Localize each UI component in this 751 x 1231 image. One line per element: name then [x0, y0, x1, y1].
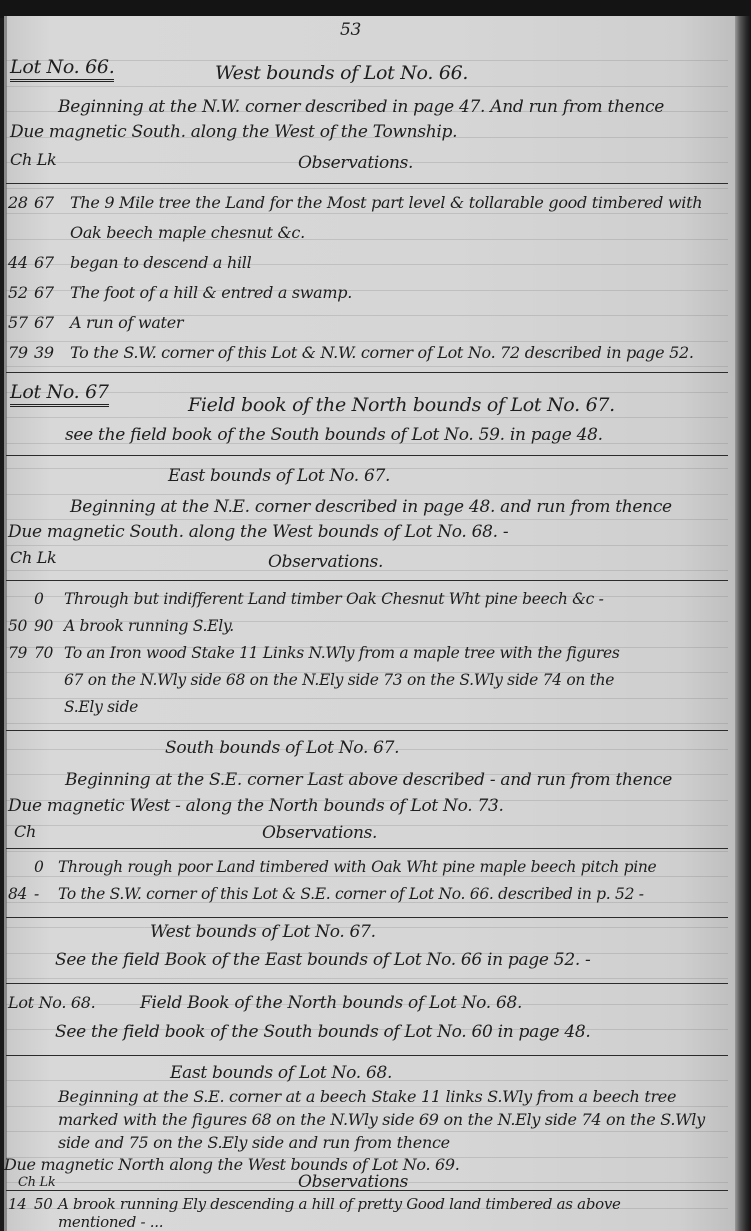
lot-67-east-observations-heading: Observations. — [268, 552, 383, 572]
lot-67-south-direction: Due magnetic West - along the North boun… — [8, 796, 504, 816]
link-value: 90 — [34, 617, 53, 635]
lot-66-beginning: Beginning at the N.W. corner described i… — [58, 97, 664, 117]
lot-67-label: Lot No. 67 — [10, 381, 109, 407]
lot-67-north-title: Field book of the North bounds of Lot No… — [188, 394, 615, 416]
observation-text: The 9 Mile tree the Land for the Most pa… — [70, 193, 702, 212]
chain-value: 50 — [8, 617, 27, 635]
observation-text: To the S.W. corner of this Lot & S.E. co… — [58, 885, 644, 903]
observation-text: S.Ely side — [64, 698, 138, 716]
divider — [6, 1055, 728, 1056]
lot-66-label: Lot No. 66. — [10, 56, 114, 82]
chain-value: 79 — [8, 644, 27, 662]
chain-value: 28 — [8, 193, 28, 212]
link-value: 67 — [34, 283, 54, 302]
link-value: - — [34, 885, 39, 903]
chain-value: 52 — [8, 283, 28, 302]
observation-text: Oak beech maple chesnut &c. — [70, 223, 305, 242]
lot-68-north-ref: See the field book of the South bounds o… — [55, 1022, 591, 1042]
lot-67-east-beginning: Beginning at the N.E. corner described i… — [70, 497, 672, 517]
lot-66-west-title: West bounds of Lot No. 66. — [215, 62, 468, 84]
lot-68-east-title: East bounds of Lot No. 68. — [170, 1063, 392, 1083]
divider — [6, 1190, 728, 1191]
divider — [6, 580, 728, 581]
observation-text: Through but indifferent Land timber Oak … — [64, 590, 604, 608]
observation-text: A brook running Ely descending a hill of… — [58, 1195, 621, 1213]
link-value: 0 — [34, 590, 44, 608]
lot-67-south-title: South bounds of Lot No. 67. — [165, 738, 399, 758]
observation-text: began to descend a hill — [70, 253, 251, 272]
link-value: 50 — [34, 1195, 53, 1213]
divider — [6, 848, 728, 849]
observation-text: Through rough poor Land timbered with Oa… — [58, 858, 656, 876]
lot-67-east-col-label: Ch Lk — [10, 548, 56, 567]
link-value: 67 — [34, 193, 54, 212]
observation-text: To the S.W. corner of this Lot & N.W. co… — [70, 343, 694, 362]
lot-67-south-beginning: Beginning at the S.E. corner Last above … — [65, 770, 672, 790]
lot-67-east-direction: Due magnetic South. along the West bound… — [8, 522, 508, 542]
link-value: 67 — [34, 253, 54, 272]
lot-66-direction: Due magnetic South. along the West of th… — [10, 122, 457, 142]
lot-67-west-title: West bounds of Lot No. 67. — [150, 922, 376, 942]
book-page-edge — [735, 16, 751, 1231]
lot-66-observations-heading: Observations. — [298, 153, 413, 173]
lot-68-east-line2: marked with the figures 68 on the N.Wly … — [58, 1110, 705, 1129]
lot-67-south-col-label: Ch — [14, 822, 36, 841]
divider — [6, 983, 728, 984]
observation-text: mentioned - ... — [58, 1213, 163, 1231]
lot-67-east-title: East bounds of Lot No. 67. — [168, 466, 390, 486]
link-value: 0 — [34, 858, 44, 876]
divider — [6, 372, 728, 373]
observation-text: A brook running S.Ely. — [64, 617, 234, 635]
chain-value: 44 — [8, 253, 28, 272]
lot-67-south-observations-heading: Observations. — [262, 823, 377, 843]
chain-value: 79 — [8, 343, 28, 362]
lot-68-east-col-label: Ch Lk — [18, 1175, 55, 1190]
divider — [6, 917, 728, 918]
lot-68-east-line3: side and 75 on the S.Ely side and run fr… — [58, 1133, 450, 1152]
lot-68-label: Lot No. 68. — [8, 993, 95, 1012]
page-number: 53 — [340, 20, 361, 40]
lot-67-north-ref: see the field book of the South bounds o… — [65, 425, 603, 445]
lot-68-north-title: Field Book of the North bounds of Lot No… — [140, 993, 522, 1013]
link-value: 70 — [34, 644, 53, 662]
link-value: 67 — [34, 313, 54, 332]
chain-value: 57 — [8, 313, 28, 332]
chain-value: 84 — [8, 885, 27, 903]
lot-67-west-ref: See the field Book of the East bounds of… — [55, 950, 590, 970]
lot-68-east-observations-heading: Observations — [298, 1172, 408, 1192]
lot-66-col-label: Ch Lk — [10, 150, 56, 169]
chain-value: 14 — [8, 1195, 27, 1213]
link-value: 39 — [34, 343, 54, 362]
divider — [6, 183, 728, 184]
observation-text: 67 on the N.Wly side 68 on the N.Ely sid… — [64, 671, 614, 689]
divider — [6, 730, 728, 731]
divider — [6, 455, 728, 456]
lot-68-east-line1: Beginning at the S.E. corner at a beech … — [58, 1087, 676, 1106]
observation-text: A run of water — [70, 313, 183, 332]
observation-text: The foot of a hill & entred a swamp. — [70, 283, 352, 302]
observation-text: To an Iron wood Stake 11 Links N.Wly fro… — [64, 644, 620, 662]
